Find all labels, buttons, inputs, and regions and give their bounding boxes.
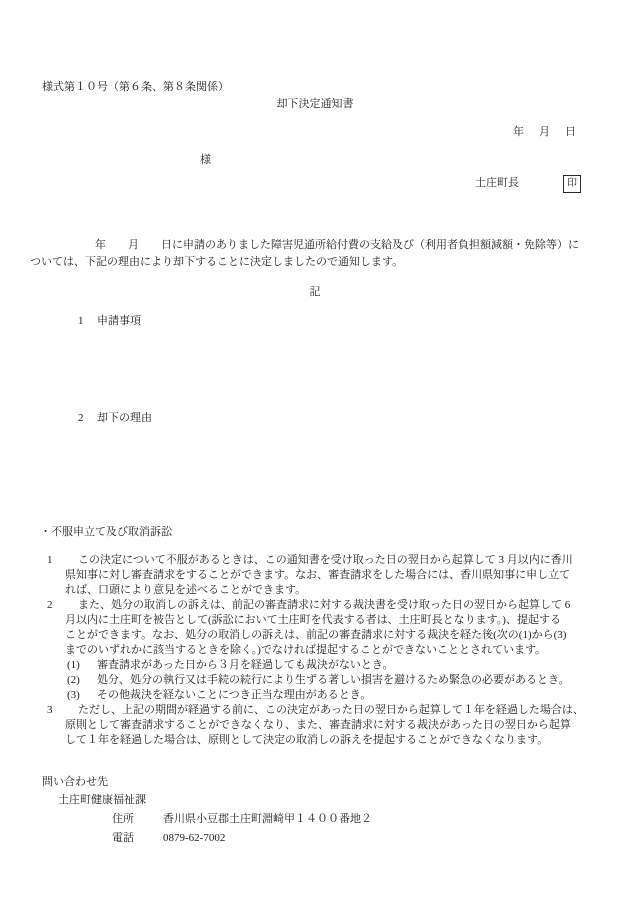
section-number: 2: [78, 412, 84, 425]
section-title-rejection-reason: 却下の理由: [97, 412, 152, 425]
section-number: 1: [78, 315, 84, 328]
date-line: 年 月 日: [513, 126, 578, 139]
addressee-honorific: 様: [200, 154, 211, 167]
appeal-item-line: また、処分の取消しの訴えは、前記の審査請求に対する裁決書を受け取った日の翌日から…: [78, 599, 570, 612]
appeal-heading: ・不服申立て及び取消訴訟: [40, 526, 172, 539]
appeal-subitem-number: (2): [67, 674, 80, 687]
appeal-item-number: 3: [47, 704, 53, 717]
appeal-item-line: して１年を経過した場合は、原則として決定の取消しの訴えを提起することができなくな…: [65, 734, 548, 747]
record-marker: 記: [0, 286, 630, 299]
document-page: 様式第１０号（第６条、第８条関係） 却下決定通知書 年 月 日 様 土庄町長 印…: [0, 0, 630, 903]
form-number: 様式第１０号（第６条、第８条関係）: [42, 81, 229, 94]
contact-phone-value: 0879-62-7002: [163, 832, 225, 845]
appeal-subitem-number: (3): [67, 689, 80, 702]
appeal-subitem-number: (1): [67, 659, 80, 672]
section-title-application: 申請事項: [97, 315, 141, 328]
appeal-item-number: 2: [47, 599, 53, 612]
seal-mark: 印: [567, 178, 577, 189]
body-paragraph-line: 年 月 日に申請のありました障害児通所給付費の支給及び（利用者負担額減額・免除等…: [95, 239, 579, 252]
document-title: 却下決定通知書: [0, 98, 630, 111]
body-paragraph-line: ついては、下記の理由により却下することに決定しましたので通知します。: [30, 256, 403, 269]
appeal-item-line: 県知事に対し審査請求をすることができます。なお、審査請求をした場合には、香川県知…: [65, 569, 570, 582]
appeal-item-line: この決定について不服があるときは、この通知書を受け取った日の翌日から起算して 3…: [78, 554, 573, 567]
contact-department: 土庄町健康福祉課: [58, 794, 146, 807]
appeal-subitem-text: その他裁決を経ないことにつき正当な理由があるとき。: [97, 689, 371, 702]
appeal-item-line: ただし、上記の期間が経過する前に、この決定があった日の翌日から起算して１年を経過…: [78, 704, 584, 717]
contact-phone-label: 電話: [112, 832, 134, 845]
appeal-item-line: 月以内に土庄町を被告として(訴訟において土庄町を代表する者は、土庄町長となります…: [65, 614, 561, 627]
appeal-subitem-text: 処分、処分の執行又は手続の続行により生ずる著しい損害を避けるため緊急の必要がある…: [97, 674, 570, 687]
contact-address-value: 香川県小豆郡土庄町淵崎甲１４００番地２: [163, 813, 372, 826]
seal-box: 印: [563, 175, 581, 193]
appeal-item-line: れば、口頭により意見を述べることができます。: [65, 584, 306, 597]
contact-heading: 問い合わせ先: [42, 776, 108, 789]
contact-address-label: 住所: [112, 813, 134, 826]
appeal-item-line: ことができます。なお、処分の取消しの訴えは、前記の審査請求に対する裁決を経た後(…: [65, 629, 566, 642]
issuer-title: 土庄町長: [475, 177, 519, 190]
appeal-item-line: 原則として審査請求することができなくなり、また、審査請求に対する裁決があった日の…: [65, 719, 571, 732]
appeal-subitem-text: 審査請求があった日から３月を経過しても裁決がないとき。: [97, 659, 393, 672]
appeal-item-line: までのいずれかに該当するときを除く。)でなければ提起することができないこととされ…: [65, 644, 546, 657]
appeal-item-number: 1: [47, 554, 53, 567]
